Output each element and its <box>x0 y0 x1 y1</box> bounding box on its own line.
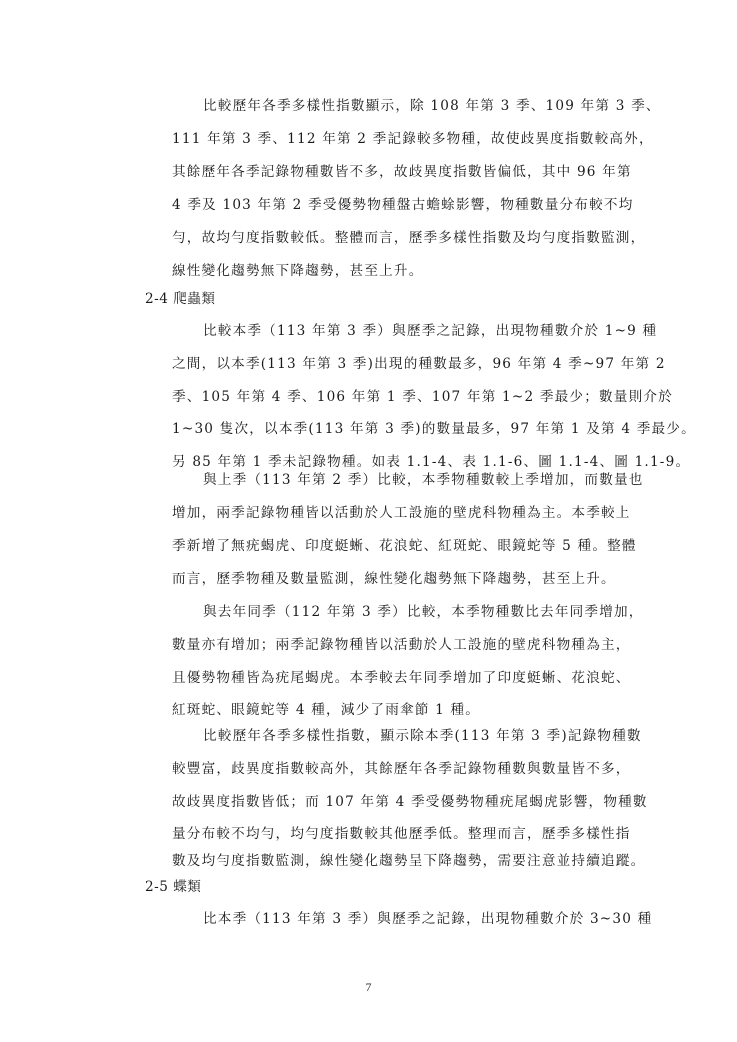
section-heading: 2-5 蝶類 <box>145 877 201 897</box>
paragraph-line: 故歧異度指數皆低；而 107 年第 4 季受優勢物種疣尾蝎虎影響，物種數 <box>172 792 627 812</box>
paragraph-line: 勻，故均勻度指數較低。整體而言，歷季多樣性指數及均勻度指數監測， <box>172 228 627 248</box>
paragraph-line: 其餘歷年各季記錄物種數皆不多，故歧異度指數皆偏低，其中 96 年第 <box>172 162 627 182</box>
section-heading: 2-4 爬蟲類 <box>145 289 216 309</box>
paragraph-line: 數量亦有增加；兩季記錄物種皆以活動於人工設施的壁虎科物種為主， <box>172 635 627 655</box>
paragraph-line: 量分布較不均勻，均勻度指數較其他歷季低。整理而言，歷季多樣性指 <box>172 824 627 844</box>
paragraph-line: 1~30 隻次，以本季(113 年第 3 季)的數量最多，97 年第 1 及第 … <box>172 419 627 439</box>
paragraph-line: 4 季及 103 年第 2 季受優勢物種盤古蟾蜍影響，物種數量分布較不均 <box>172 195 627 215</box>
paragraph-first-line: 與上季（113 年第 2 季）比較，本季物種數較上季增加，而數量也 <box>203 470 627 490</box>
paragraph-line: 季、105 年第 4 季、106 年第 1 季、107 年第 1~2 季最少；數… <box>172 387 627 407</box>
paragraph-line: 紅斑蛇、眼鏡蛇等 4 種，減少了雨傘節 1 種。 <box>172 700 627 720</box>
paragraph-line: 且優勢物種皆為疣尾蝎虎。本季較去年同季增加了印度蜓蜥、花浪蛇、 <box>172 668 627 688</box>
paragraph-first-line: 比較本季（113 年第 3 季）與歷季之記錄，出現物種數介於 1~9 種 <box>203 321 627 341</box>
paragraph-line: 增加，兩季記錄物種皆以活動於人工設施的壁虎科物種為主。本季較上 <box>172 503 627 523</box>
paragraph-line: 之間，以本季(113 年第 3 季)出現的種數最多，96 年第 4 季~97 年… <box>172 354 627 374</box>
page-number: 7 <box>0 980 737 995</box>
paragraph-line: 111 年第 3 季、112 年第 2 季記錄較多物種，故使歧異度指數較高外， <box>172 129 627 149</box>
paragraph-line: 較豐富，歧異度指數較高外，其餘歷年各季記錄物種數與數量皆不多， <box>172 759 627 779</box>
paragraph-line: 而言，歷季物種及數量監測，線性變化趨勢無下降趨勢，甚至上升。 <box>172 569 627 589</box>
paragraph-line: 數及均勻度指數監測，線性變化趨勢呈下降趨勢，需要注意並持續追蹤。 <box>172 851 627 871</box>
document-page: 比較歷年各季多樣性指數顯示，除 108 年第 3 季、109 年第 3 季、11… <box>0 0 737 1042</box>
paragraph-first-line: 比較歷年各季多樣性指數，顯示除本季(113 年第 3 季)記錄物種數 <box>203 726 627 746</box>
paragraph-first-line: 比較歷年各季多樣性指數顯示，除 108 年第 3 季、109 年第 3 季、 <box>203 96 627 116</box>
paragraph-line: 線性變化趨勢無下降趨勢，甚至上升。 <box>172 261 627 281</box>
paragraph-line: 季新增了無疣蝎虎、印度蜓蜥、花浪蛇、紅斑蛇、眼鏡蛇等 5 種。整體 <box>172 536 627 556</box>
paragraph-first-line: 與去年同季（112 年第 3 季）比較，本季物種數比去年同季增加， <box>203 602 627 622</box>
paragraph-line: 另 85 年第 1 季未記錄物種。如表 1.1-4、表 1.1-6、圖 1.1-… <box>172 452 627 472</box>
paragraph-first-line: 比本季（113 年第 3 季）與歷季之記錄，出現物種數介於 3~30 種 <box>203 909 627 929</box>
